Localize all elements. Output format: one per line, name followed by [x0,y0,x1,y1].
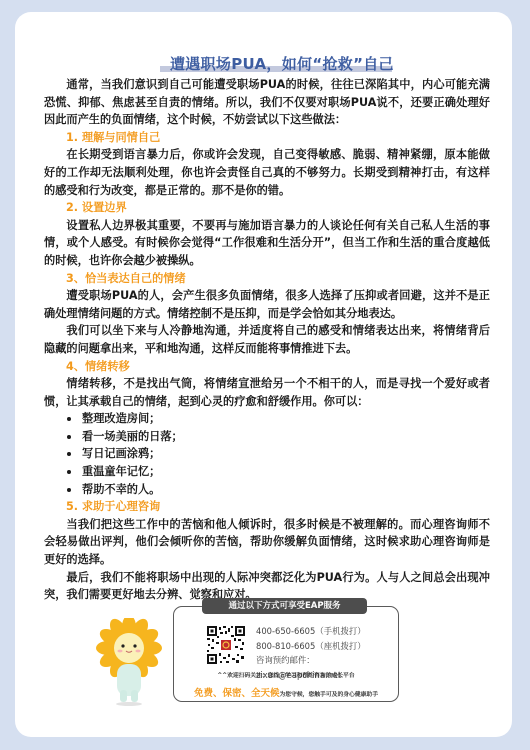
landline-phone-number: 800-810-6605（座机拨打） [256,639,398,654]
slogan-rest: 为您守候，您触手可及的身心健康助手 [279,692,378,698]
sunflower-mascot-icon [90,618,168,708]
title-block: 遭遇职场PUA，如何“抢救”自己 [160,52,392,74]
slogan-highlight: 免费、保密、全天候 [194,688,280,699]
section-heading-5: 5. 求助于心理咨询 [44,498,490,516]
section-4-paragraph: 情绪转移，不是找出气筒，将情绪宣泄给另一个不相干的人，而是寻找一个爱好或者惯，让… [44,375,490,410]
intro-paragraph: 通常，当我们意识到自己可能遭受职场PUA的时候，往往已深陷其中，内心可能充满恐慌… [44,76,490,129]
suggestion-list: 整理改造房间； 看一场美丽的日落； 写日记画涂鸦； 重温童年记忆； 帮助不幸的人… [44,410,490,498]
list-item: 看一场美丽的日落； [66,428,490,446]
section-heading-2: 2. 设置边界 [44,199,490,217]
section-heading-1: 1. 理解与同情自己 [44,129,490,147]
section-heading-3: 3、恰当表达自己的情绪 [44,270,490,288]
section-2-paragraph: 设置私人边界极其重要，不要再与施加语言暴力的人谈论任何有关自己私人生活的事情，或… [44,217,490,270]
section-1-paragraph: 在长期受到语言暴力后，你或许会发现，自己变得敏感、脆弱、精神紧绷，原本能做好的工… [44,146,490,199]
qr-code-icon[interactable] [206,625,246,665]
scan-note: ^^欢迎扫码关注：您线上学习和预约咨询的成长平台 [174,670,398,679]
article-body: 通常，当我们意识到自己可能遭受职场PUA的时候，往往已深陷其中，内心可能充满恐慌… [44,76,490,604]
slogan: 免费、保密、全天候为您守候，您触手可及的身心健康助手 [174,681,398,700]
page-title: 遭遇职场PUA，如何“抢救”自己 [170,53,385,74]
eap-service-box: 通过以下方式可享受EAP服务 400-650-6605（手机拨打） 80 [173,606,399,702]
section-5-paragraph-1: 当我们把这些工作中的苦恼和他人倾诉时，很多时候是不被理解的。而心理咨询师不会轻易… [44,516,490,569]
section-3-paragraph-1: 遭受职场PUA的人，会产生很多负面情绪，很多人选择了压抑或者回避，这并不是正确处… [44,287,490,322]
section-3-paragraph-2: 我们可以坐下来与人冷静地沟通，并适度将自己的感受和情绪表达出来，将情绪背后隐藏的… [44,322,490,357]
list-item: 重温童年记忆； [66,463,490,481]
list-item: 帮助不幸的人。 [66,481,490,499]
section-heading-4: 4、情绪转移 [44,358,490,376]
mobile-phone-number: 400-650-6605（手机拨打） [256,624,398,639]
eap-header: 通过以下方式可享受EAP服务 [202,598,367,614]
list-item: 整理改造房间； [66,410,490,428]
list-item: 写日记画涂鸦； [66,445,490,463]
